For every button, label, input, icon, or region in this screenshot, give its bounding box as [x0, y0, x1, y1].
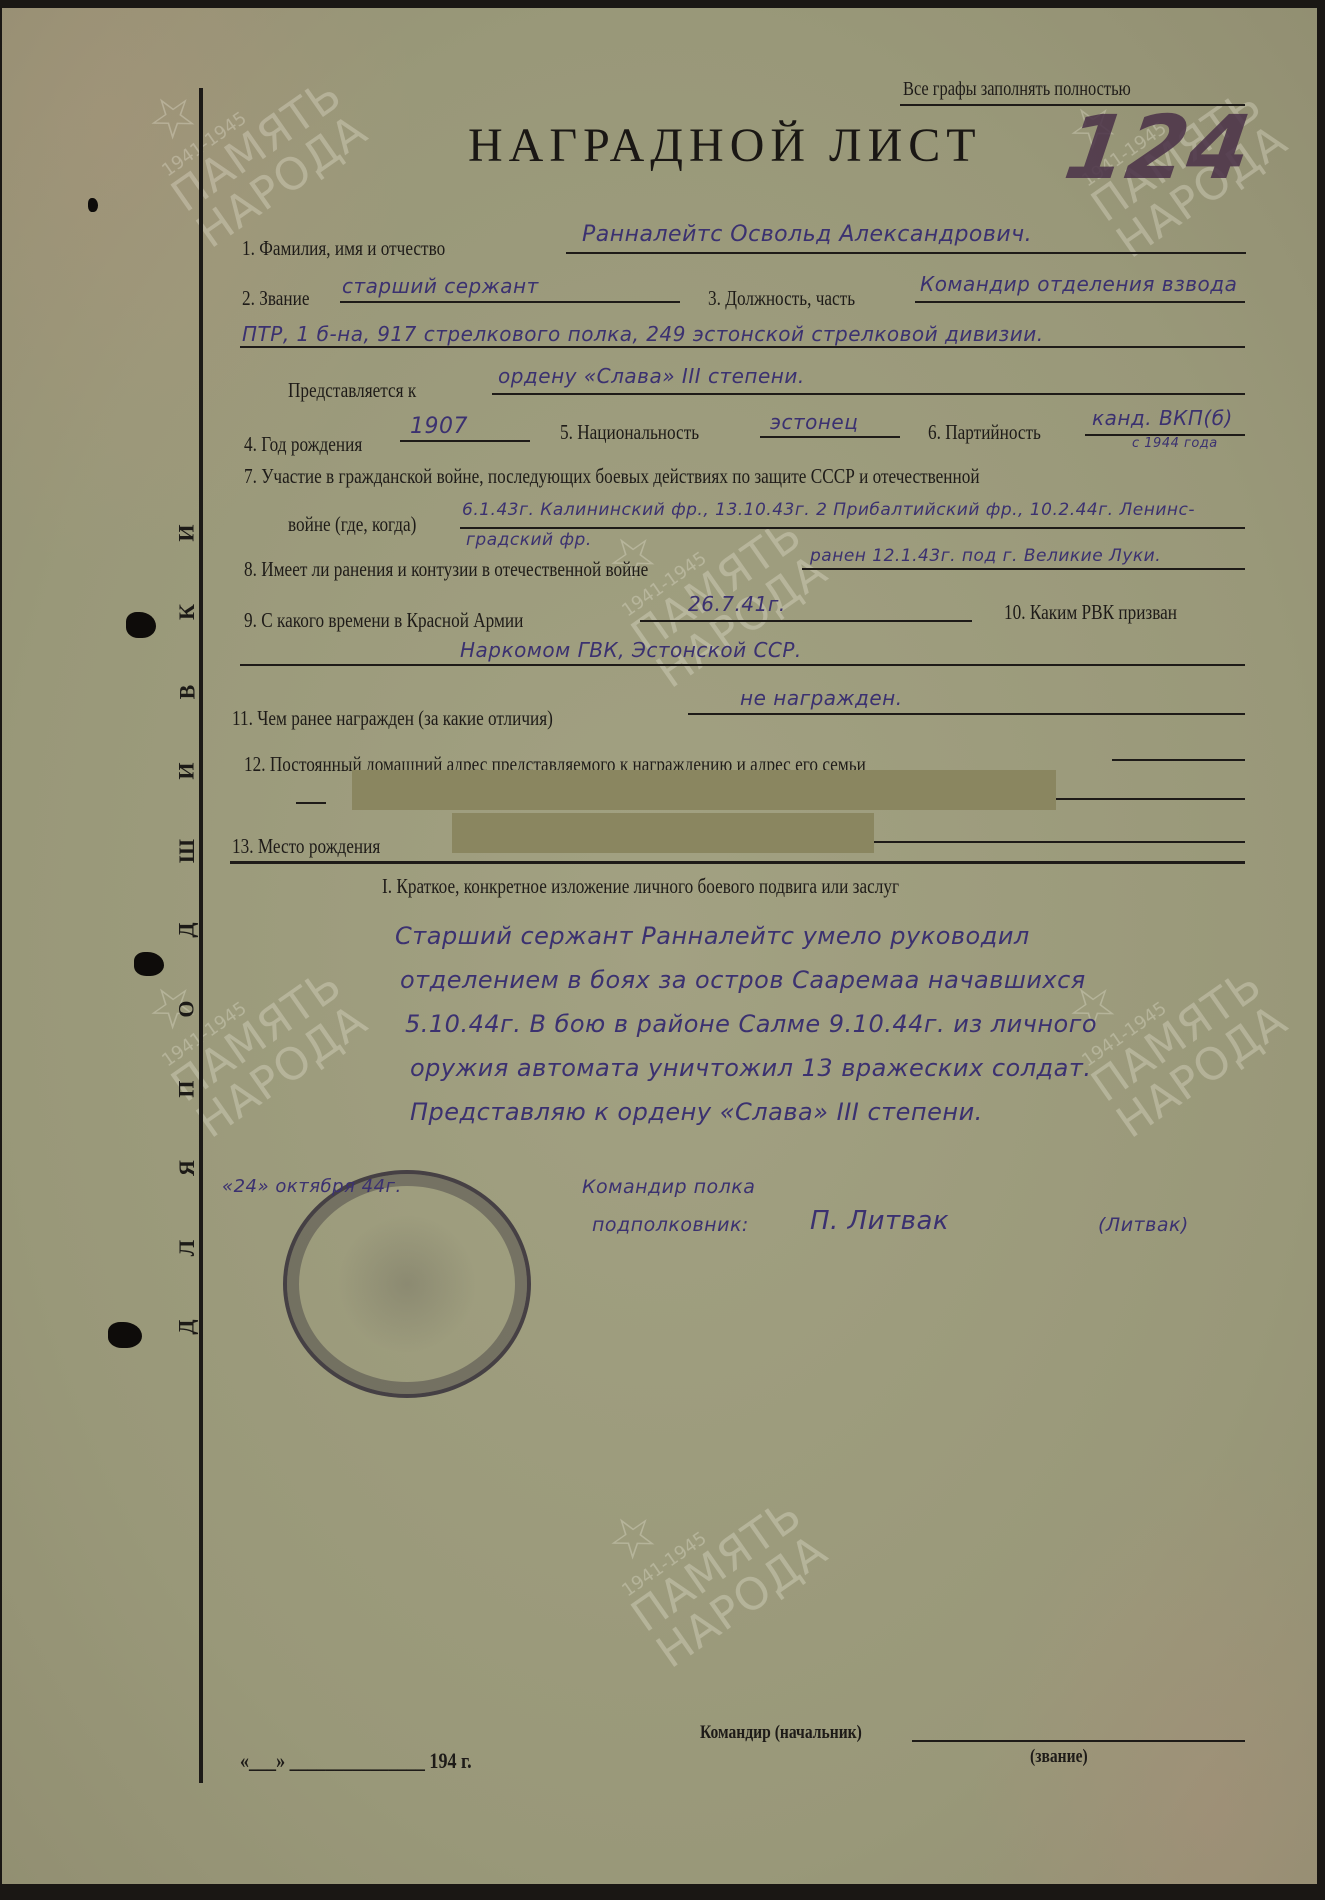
- field-3-label: 3. Должность, часть: [708, 286, 855, 311]
- footer-rank-caption: (звание): [1030, 1746, 1088, 1768]
- field-2-value: старший сержант: [342, 274, 539, 298]
- footer-date-template: «___» _______________ 194 г.: [240, 1748, 472, 1774]
- field-5-value: эстонец: [770, 410, 858, 434]
- field-5-label: 5. Национальность: [560, 420, 699, 445]
- field-10-line: [240, 664, 1245, 666]
- field-2-label: 2. Звание: [242, 286, 309, 311]
- field-6-value: канд. ВКП(б): [1092, 406, 1233, 430]
- footer-commander-label: Командир (начальник): [700, 1722, 862, 1744]
- field-6-note: с 1944 года: [1132, 436, 1218, 451]
- field-1-line: [566, 252, 1246, 254]
- field-13-redacted-value: [452, 813, 874, 853]
- signature-rank: подполковник:: [592, 1214, 749, 1236]
- narrative-line: Старший сержант Ранналейтс умело руковод…: [395, 922, 1030, 950]
- signature-title: Командир полка: [582, 1176, 755, 1198]
- signature-name: (Литвак): [1098, 1214, 1189, 1236]
- seal-emblem: [337, 1214, 477, 1354]
- field-2-line: [340, 301, 680, 303]
- section-divider: [230, 861, 1245, 864]
- signature-date: «24» октября 44г.: [222, 1176, 402, 1197]
- narrative-line: оружия автомата уничтожил 13 вражеских с…: [410, 1054, 1091, 1082]
- narrative-line: Представляю к ордену «Слава» III степени…: [410, 1098, 983, 1126]
- field-4-value: 1907: [410, 414, 468, 439]
- field-10-value: Наркомом ГВК, Эстонской ССР.: [460, 638, 802, 662]
- field-3-value-cont: ПТР, 1 б-на, 917 стрелкового полка, 249 …: [242, 322, 1044, 346]
- field-11-value: не награжден.: [740, 686, 903, 710]
- field-9-line: [640, 620, 972, 622]
- field-13-label: 13. Место рождения: [232, 834, 380, 859]
- field-12-line-c: [1056, 798, 1245, 800]
- field-8-value: ранен 12.1.43г. под г. Великие Луки.: [810, 546, 1161, 566]
- presented-line: [492, 393, 1245, 395]
- binding-hole: [126, 612, 156, 638]
- field-1-value: Ранналейтс Освольд Александрович.: [582, 222, 1032, 247]
- field-3-value: Командир отделения взвода: [920, 272, 1237, 296]
- field-7-value-cont: градский фр.: [466, 530, 592, 550]
- section-1-heading: I. Краткое, конкретное изложение личного…: [382, 874, 899, 899]
- field-9-label: 9. С какого времени в Красной Армии: [244, 608, 523, 633]
- official-seal: [283, 1170, 531, 1398]
- binding-margin-label: Д Л Я П О Д Ш И В К И: [172, 520, 202, 1340]
- narrative-line: 5.10.44г. В бою в районе Салме 9.10.44г.…: [405, 1010, 1097, 1038]
- field-12-line-b: [296, 802, 326, 804]
- presented-label: Представляется к: [288, 378, 416, 403]
- signature-autograph: П. Литвак: [810, 1206, 949, 1236]
- binding-hole: [88, 198, 98, 212]
- binding-hole: [108, 1322, 142, 1348]
- field-9-value: 26.7.41г.: [688, 592, 786, 616]
- field-7-label-line1: 7. Участие в гражданской войне, последую…: [244, 464, 980, 489]
- presented-value: ордену «Слава» III степени.: [498, 364, 805, 388]
- field-7-value: 6.1.43г. Калининский фр., 13.10.43г. 2 П…: [462, 500, 1195, 520]
- field-4-line: [400, 440, 530, 442]
- field-8-label: 8. Имеет ли ранения и контузии в отечест…: [244, 557, 648, 582]
- field-1-label: 1. Фамилия, имя и отчество: [242, 236, 445, 261]
- binding-hole: [134, 952, 164, 976]
- field-5-line: [760, 436, 900, 438]
- field-12-redacted-value: [352, 770, 1056, 810]
- field-11-line: [688, 713, 1245, 715]
- field-11-label: 11. Чем ранее награжден (за какие отличи…: [232, 706, 553, 731]
- field-3-cont-line: [240, 346, 1245, 348]
- field-4-label: 4. Год рождения: [244, 432, 362, 457]
- field-3-line: [915, 301, 1245, 303]
- field-8-line: [802, 568, 1245, 570]
- page-title: НАГРАДНОЙ ЛИСТ: [468, 118, 982, 173]
- field-10-label: 10. Каким РВК призван: [1004, 600, 1177, 625]
- narrative-line: отделением в боях за остров Сааремаа нач…: [400, 966, 1086, 994]
- field-13-line: [874, 841, 1245, 843]
- field-7-label-line2: войне (где, когда): [288, 512, 416, 537]
- field-7-line: [460, 527, 1245, 529]
- footer-commander-line: [912, 1740, 1245, 1742]
- field-12-line-a: [1112, 759, 1245, 761]
- pencil-mark: 124: [1059, 96, 1257, 199]
- field-6-label: 6. Партийность: [928, 420, 1041, 445]
